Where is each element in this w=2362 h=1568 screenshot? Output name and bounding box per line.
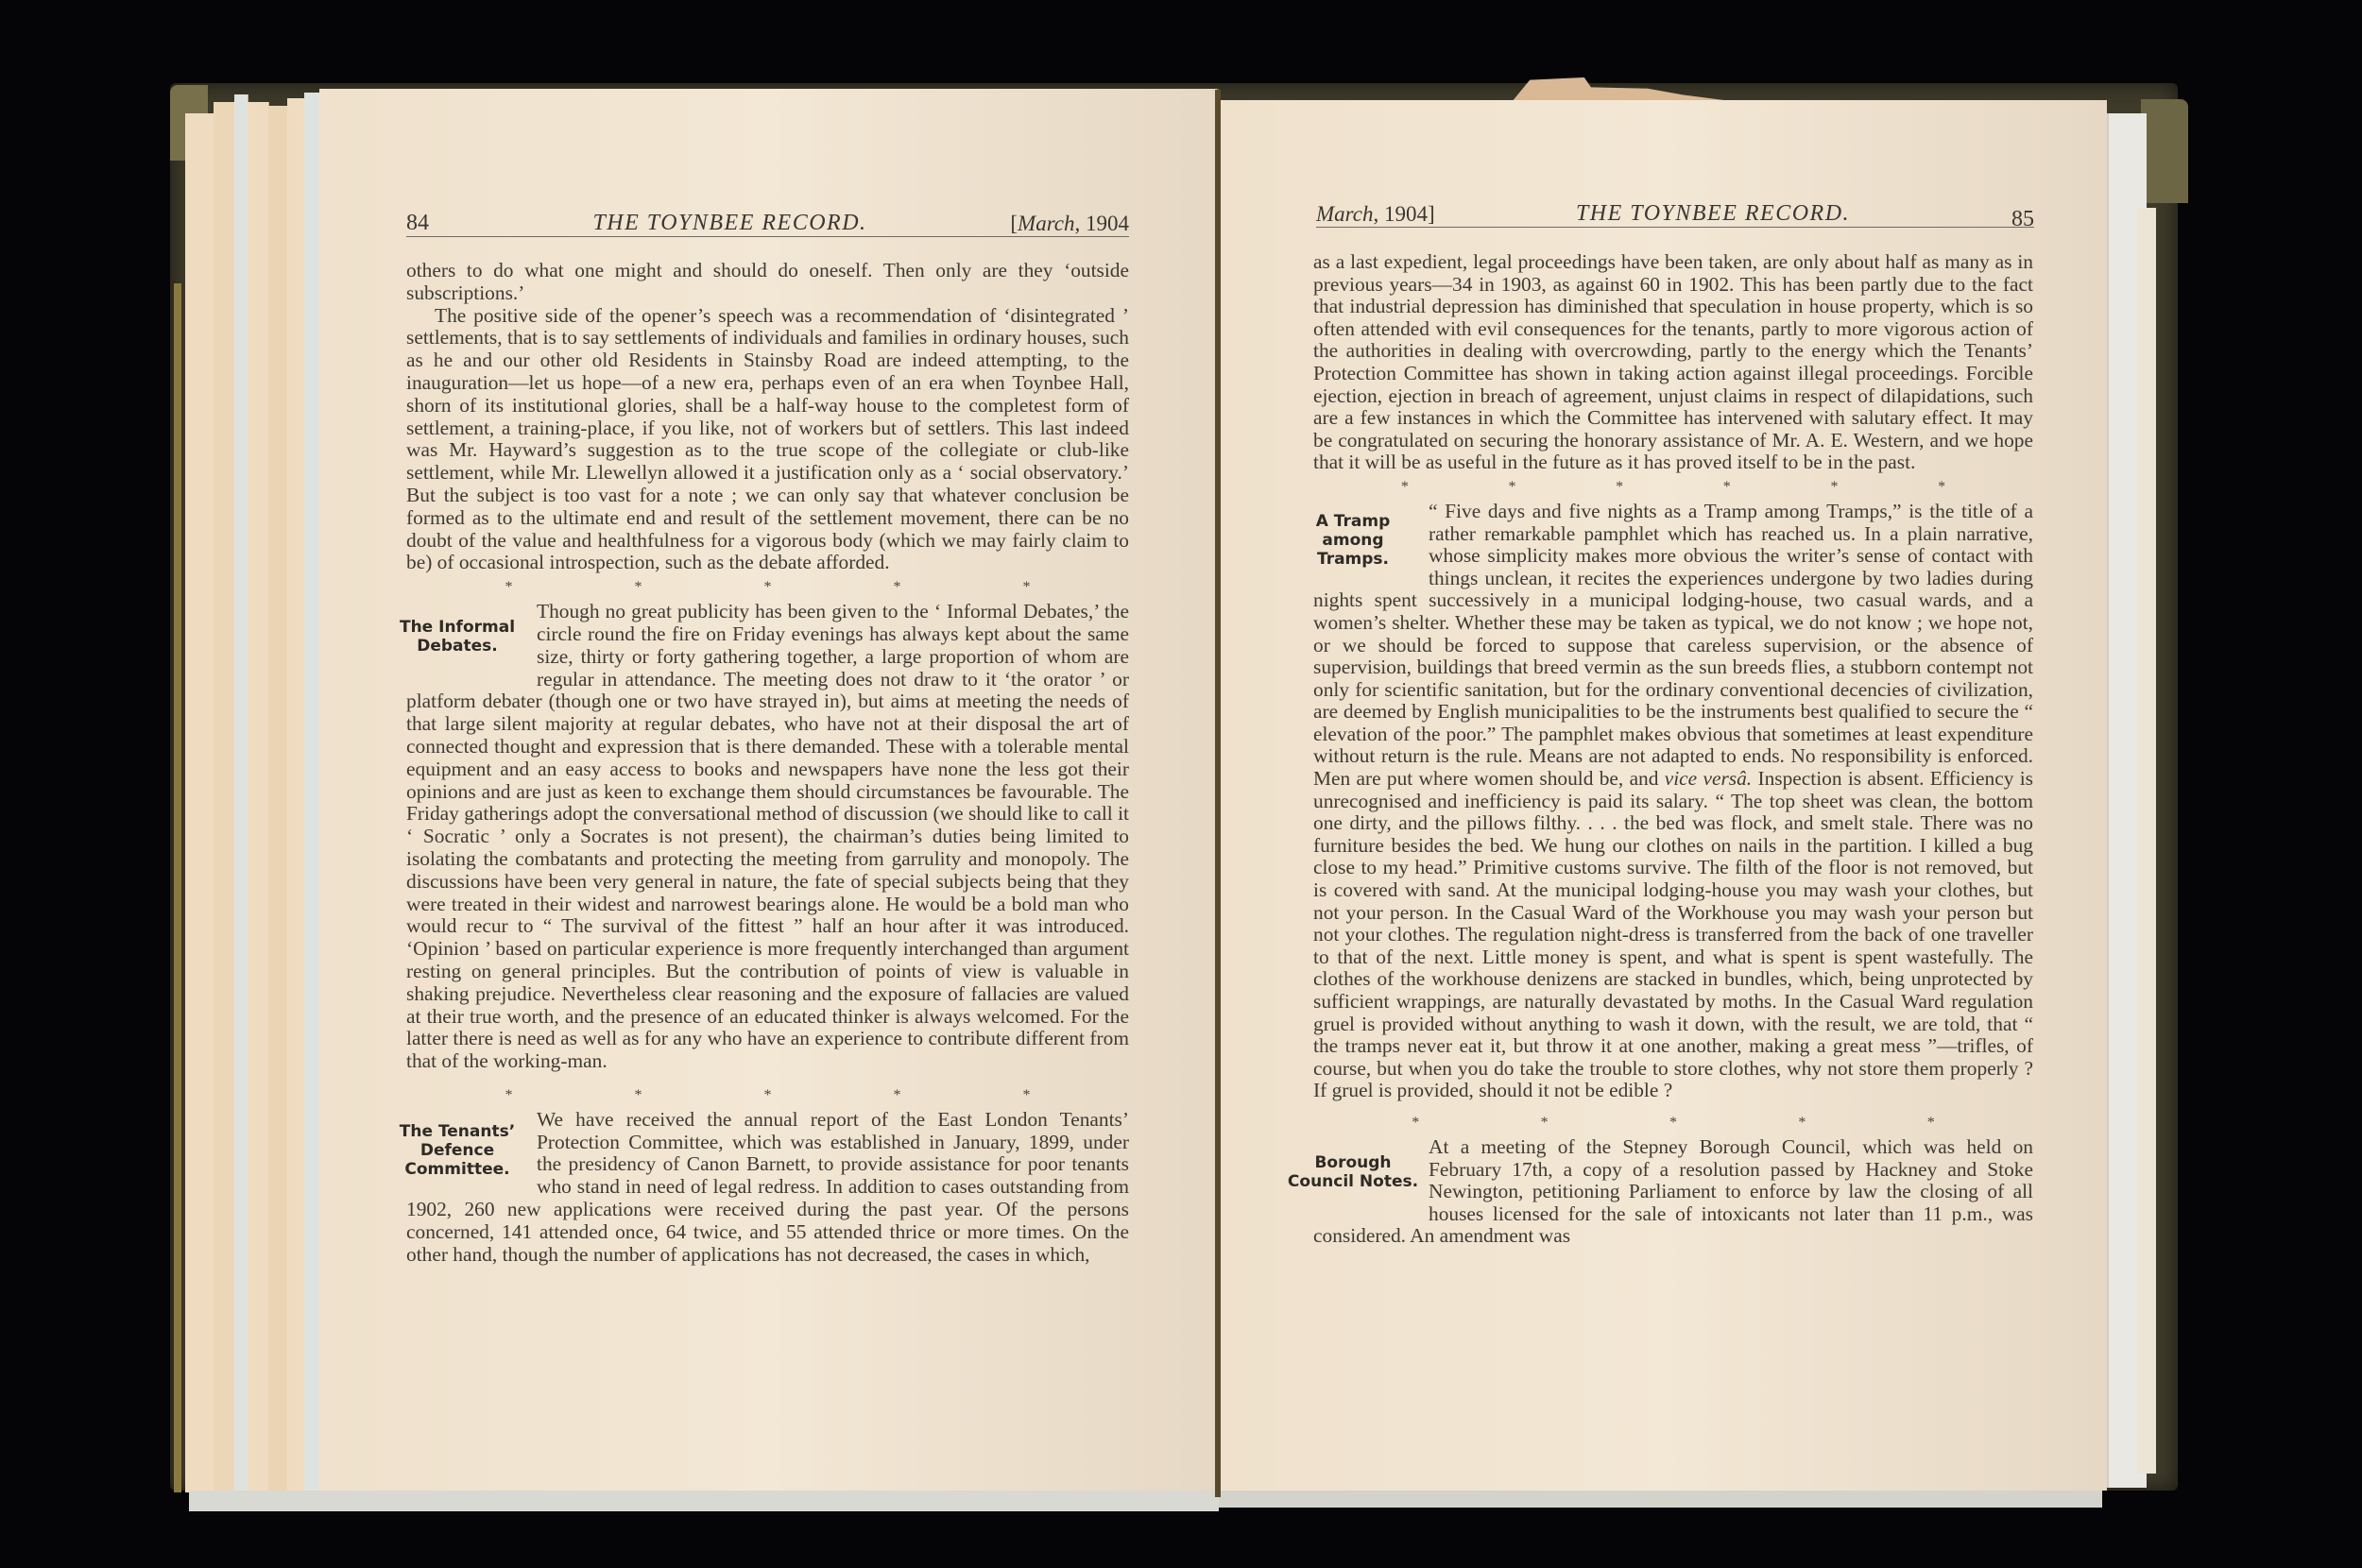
asterisk: * [764,1084,772,1107]
page-stack-edge [268,106,288,1491]
side-heading: The Tenants’ Defence Committee. [387,1109,527,1199]
asterisk: * [1669,1112,1677,1134]
page-stack-bottom-left [189,1491,1219,1511]
cover-corner-top-right [2141,99,2188,203]
side-heading-line: The Tenants’ [387,1122,527,1141]
cover-gilt-edge [174,283,181,1492]
asterisk: * [1616,476,1623,499]
side-heading-line: A Tramp [1287,512,1419,531]
asterisk: * [1927,1112,1935,1134]
side-heading-line: Council Notes. [1287,1172,1419,1191]
running-title: THE TOYNBEE RECORD. [520,211,940,236]
page-number: 84 [406,211,520,236]
page-stack-edge [248,102,269,1491]
asterisk: * [505,576,513,599]
section-informal-debates: The Informal Debates. Though no great pu… [406,601,1129,1073]
page-number: 85 [1977,207,2034,232]
page-stack-edge [185,113,214,1492]
section-separator: * * * * * [406,1082,1129,1109]
asterisk: * [1798,1112,1806,1134]
asterisk: * [1938,476,1945,499]
side-heading-line: Defence [387,1141,527,1160]
side-heading-line: Borough [1287,1153,1419,1172]
paragraph: The positive side of the opener’s speech… [406,305,1129,575]
paragraph: At a meeting of the Stepney Borough Coun… [1313,1136,2033,1248]
section-tenants-defence: The Tenants’ Defence Committee. We have … [406,1109,1129,1267]
section-separator: * * * * * * [1313,474,2033,501]
bracket: ] [1428,202,1435,226]
side-heading-line: Committee. [387,1160,527,1179]
side-heading-line: among Tramps. [1287,531,1419,569]
section-tramp-among-tramps: A Tramp among Tramps. “ Five days and fi… [1313,501,2033,1102]
section-borough-council-notes: Borough Council Notes. At a meeting of t… [1313,1136,2033,1248]
book-gutter [1215,90,1221,1497]
right-running-head: March, 1904] THE TOYNBEE RECORD. 85 [1316,189,2034,228]
asterisk: * [1723,476,1731,499]
page-stack-bottom-right [1219,1491,2102,1508]
left-text-column: others to do what one might and should d… [406,260,1129,1266]
side-heading: A Tramp among Tramps. [1287,501,1419,589]
paragraph: as a last expedient, legal proceedings h… [1313,251,2033,474]
asterisk: * [1508,476,1515,499]
side-heading: The Informal Debates. [387,601,527,690]
side-heading-line: The Informal [387,618,527,637]
issue-date: [March, 1904 [940,212,1129,236]
page-stack-edge [287,98,305,1491]
section-separator: * * * * * [406,574,1129,601]
asterisk: * [1023,576,1031,599]
italic-phrase: vice versâ. [1665,767,1752,790]
page-stack-edge-right [2137,208,2156,1474]
right-text-column: as a last expedient, legal proceedings h… [1313,251,2033,1248]
asterisk: * [894,576,901,599]
page-stack-edge [304,93,320,1491]
running-title: THE TOYNBEE RECORD. [1505,201,1977,227]
paragraph: others to do what one might and should d… [406,260,1129,305]
asterisk: * [764,576,772,599]
issue-date: March, 1904] [1316,202,1505,227]
asterisk: * [1541,1112,1549,1134]
text-run: “ Five days and five nights as a Tramp a… [1313,500,2033,790]
asterisk: * [635,1084,642,1107]
asterisk: * [1412,1112,1419,1134]
asterisk: * [635,576,642,599]
issue-month: March [1018,212,1074,235]
issue-year: , 1904 [1373,202,1428,226]
asterisk: * [1830,476,1838,499]
asterisk: * [1401,476,1409,499]
paragraph: “ Five days and five nights as a Tramp a… [1313,501,2033,1102]
issue-month: March [1316,202,1373,226]
side-heading: Borough Council Notes. [1287,1136,1419,1225]
asterisk: * [894,1084,901,1107]
asterisk: * [1023,1084,1031,1107]
side-heading-line: Debates. [387,637,527,656]
section-separator: * * * * * [1313,1110,2033,1136]
left-running-head: 84 THE TOYNBEE RECORD. [March, 1904 [406,198,1129,237]
asterisk: * [505,1084,513,1107]
page-stack-edge [214,102,235,1491]
text-run: Inspection is absent. Efficiency is unre… [1313,767,2033,1101]
issue-year: , 1904 [1075,212,1130,235]
bracket: [ [1010,212,1018,235]
page-stack-edge [234,94,248,1491]
